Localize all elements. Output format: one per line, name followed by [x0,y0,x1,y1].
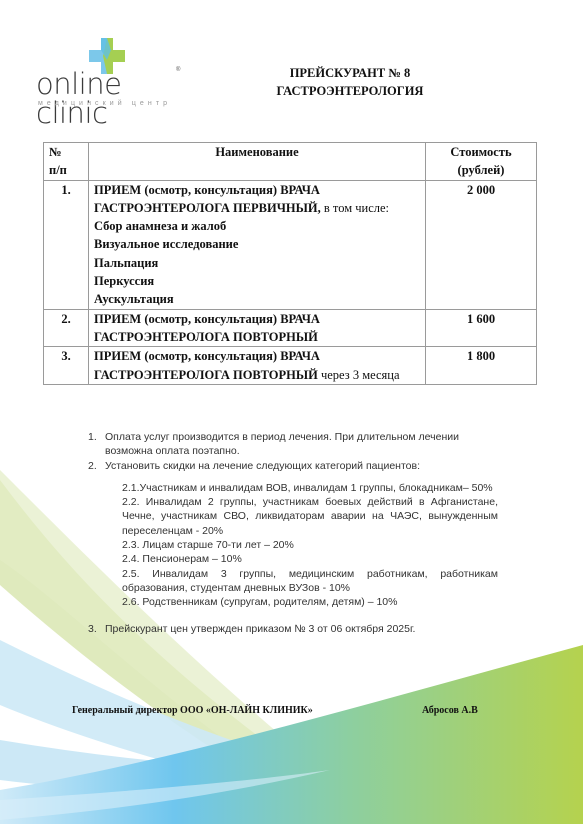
service-suffix: в том числе: [321,201,389,215]
discount-item: 2.2. Инвалидам 2 группы, участникам боев… [122,495,498,538]
table-row: 1. ПРИЕМ (осмотр, консультация) ВРАЧА ГА… [44,180,537,309]
header-number: № п/п [44,143,89,181]
table-header-row: № п/п Наименование Стоимость (рублей) [44,143,537,181]
discount-item: 2.3. Лицам старше 70-ти лет – 20% [122,538,498,552]
note-number: 3. [88,622,97,636]
document-title: ПРЕЙСКУРАНТ № 8 ГАСТРОЭНТЕРОЛОГИЯ [230,64,470,100]
note-item: 2. Установить скидки на лечение следующи… [88,459,498,610]
service-title: ПРИЕМ (осмотр, консультация) ВРАЧА ГАСТР… [94,183,321,215]
row-service-name: ПРИЕМ (осмотр, консультация) ВРАЧА ГАСТР… [89,309,426,347]
row-price: 2 000 [426,180,537,309]
header-price-line2: (рублей) [431,161,531,179]
logo-subtitle: медицинский центр [38,100,171,107]
note-number: 2. [88,459,97,473]
header-number-line1: № [49,143,83,161]
registered-mark: ® [176,67,180,73]
table-row: 2. ПРИЕМ (осмотр, консультация) ВРАЧА ГА… [44,309,537,347]
header-price-line1: Стоимость [431,143,531,161]
included-item: Пальпация [94,254,420,272]
note-text: Оплата услуг производится в период лечен… [105,431,459,457]
included-item: Сбор анамнеза и жалоб [94,217,420,235]
title-line-1: ПРЕЙСКУРАНТ № 8 [230,64,470,82]
signature-name: Абросов А.В [422,705,478,716]
discount-item: 2.5. Инвалидам 3 группы, медицинским раб… [122,567,498,596]
row-number: 1. [44,180,89,309]
header-price: Стоимость (рублей) [426,143,537,181]
row-service-name: ПРИЕМ (осмотр, консультация) ВРАЧА ГАСТР… [89,180,426,309]
note-text: Прейскурант цен утвержден приказом № 3 о… [105,623,415,635]
header-number-line2: п/п [49,161,83,179]
header-name-text: Наименование [215,145,298,159]
service-suffix: через 3 месяца [318,368,400,382]
note-text: Установить скидки на лечение следующих к… [105,460,420,472]
note-number: 1. [88,430,97,444]
price-table: № п/п Наименование Стоимость (рублей) 1.… [43,142,537,385]
discount-item: 2.1.Участникам и инвалидам ВОВ, инвалида… [122,481,498,495]
logo-wordmark: online clinic [36,70,186,128]
row-price: 1 800 [426,347,537,385]
header-name: Наименование [89,143,426,181]
signature-position: Генеральный директор ООО «ОН-ЛАЙН КЛИНИК… [72,705,313,716]
note-item: 1. Оплата услуг производится в период ле… [88,430,498,459]
row-number: 3. [44,347,89,385]
table-row: 3. ПРИЕМ (осмотр, консультация) ВРАЧА ГА… [44,347,537,385]
row-number: 2. [44,309,89,347]
notes-section: 1. Оплата услуг производится в период ле… [88,430,498,636]
discount-list: 2.1.Участникам и инвалидам ВОВ, инвалида… [122,481,498,610]
included-item: Аускультация [94,290,420,308]
title-line-2: ГАСТРОЭНТЕРОЛОГИЯ [230,82,470,100]
service-title: ПРИЕМ (осмотр, консультация) ВРАЧА ГАСТР… [94,312,320,344]
note-item: 3. Прейскурант цен утвержден приказом № … [88,622,498,636]
clinic-logo: online clinic ® медицинский центр [36,38,186,110]
discount-item: 2.6. Родственникам (супругам, родителям,… [122,595,498,609]
row-service-name: ПРИЕМ (осмотр, консультация) ВРАЧА ГАСТР… [89,347,426,385]
row-price: 1 600 [426,309,537,347]
included-item: Перкуссия [94,272,420,290]
discount-item: 2.4. Пенсионерам – 10% [122,552,498,566]
service-title: ПРИЕМ (осмотр, консультация) ВРАЧА ГАСТР… [94,349,320,381]
included-item: Визуальное исследование [94,235,420,253]
